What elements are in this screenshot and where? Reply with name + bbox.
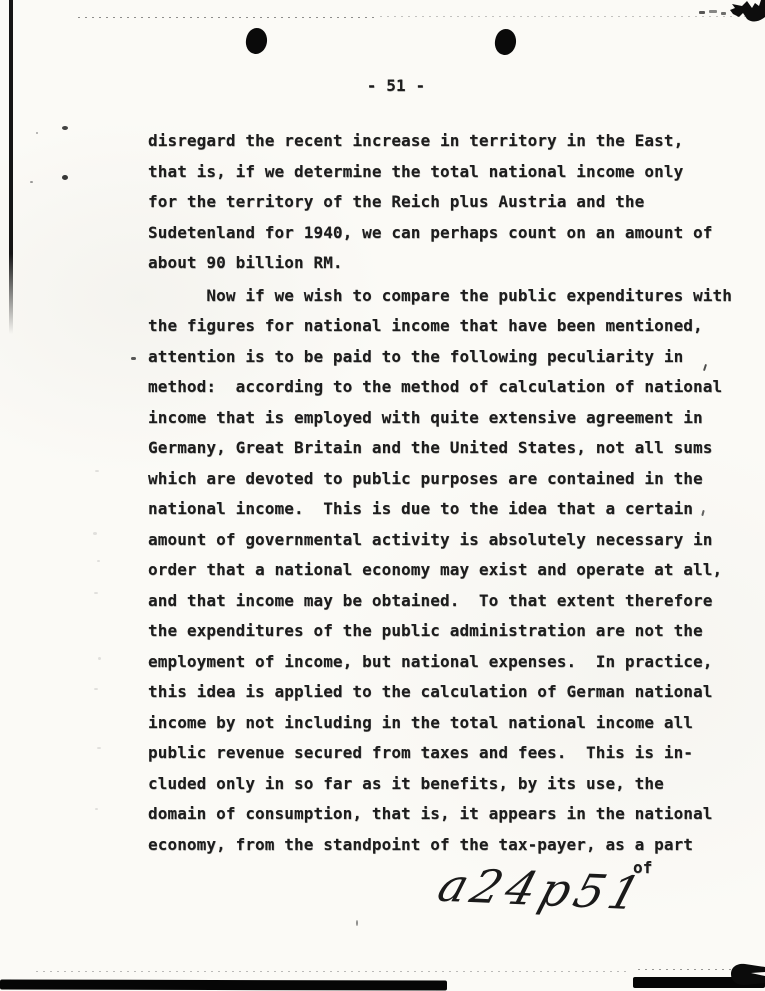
scanned-document-page: - 51 - disregard the recent increase in … bbox=[0, 0, 765, 991]
punch-hole-icon bbox=[244, 26, 269, 55]
handwritten-note: a24p51 bbox=[432, 858, 652, 920]
paragraph: disregard the recent increase in territo… bbox=[148, 126, 748, 279]
ink-speck bbox=[356, 920, 358, 926]
pencil-smudge bbox=[97, 747, 101, 749]
ink-blob-top-right-icon bbox=[697, 0, 765, 26]
ink-speck bbox=[30, 181, 33, 183]
pencil-smudge bbox=[95, 470, 99, 472]
scan-edge-line-left bbox=[9, 0, 13, 334]
ink-speck bbox=[131, 357, 136, 360]
ink-speck bbox=[62, 175, 68, 180]
punch-hole-icon bbox=[493, 27, 518, 56]
ink-speck bbox=[36, 132, 38, 134]
page-number: - 51 - bbox=[330, 76, 462, 96]
ink-speck bbox=[62, 126, 68, 130]
paragraph: Now if we wish to compare the public exp… bbox=[148, 281, 748, 861]
dotted-fold-line-bottom bbox=[36, 971, 628, 972]
dotted-fold-line-top bbox=[78, 17, 378, 18]
pencil-smudge bbox=[98, 657, 101, 660]
pencil-smudge bbox=[93, 532, 97, 535]
pencil-smudge bbox=[97, 560, 100, 562]
pencil-smudge bbox=[94, 592, 98, 594]
scan-bar-bottom-left bbox=[0, 980, 447, 991]
pencil-smudge bbox=[95, 808, 98, 810]
ink-blob-bottom-right-icon bbox=[731, 962, 765, 987]
pencil-smudge bbox=[94, 688, 98, 690]
body-text: disregard the recent increase in territo… bbox=[148, 126, 748, 860]
